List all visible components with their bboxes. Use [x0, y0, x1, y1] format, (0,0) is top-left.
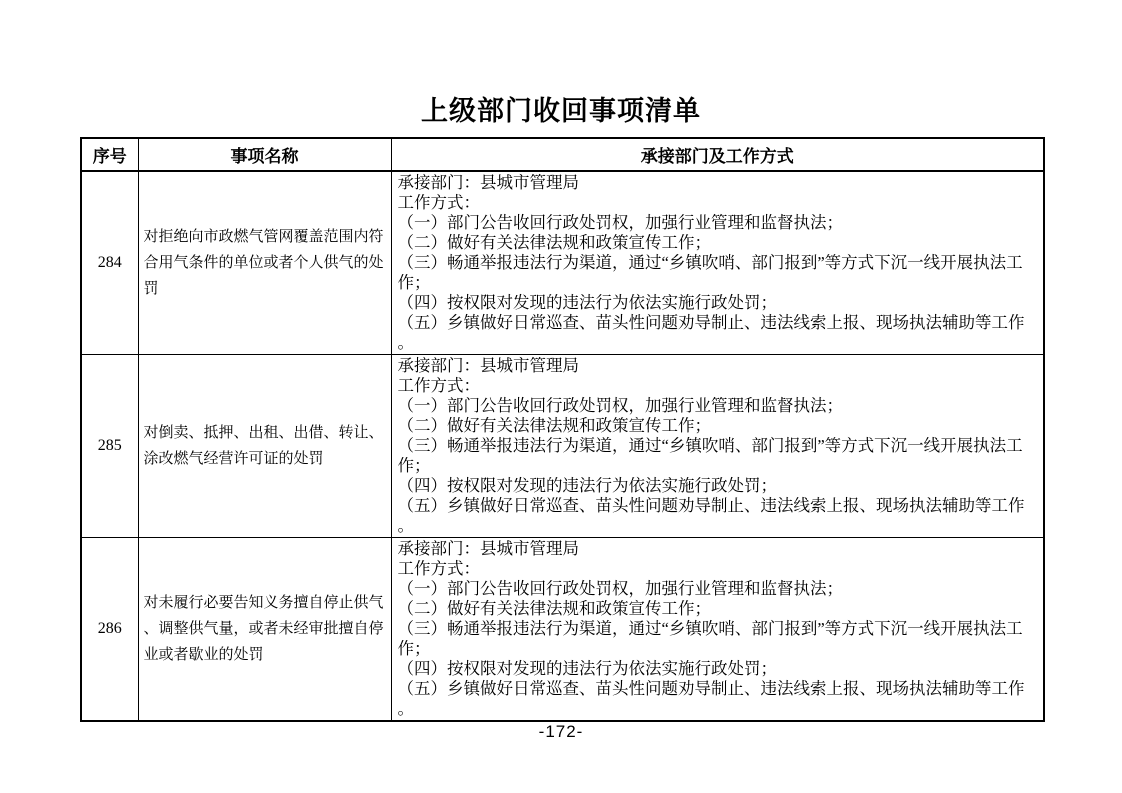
work-line: （五）乡镇做好日常巡查、苗头性问题劝导制止、违法线索上报、现场执法辅助等工作。 — [398, 679, 1040, 719]
table-row: 284 对拒绝向市政燃气管网覆盖范围内符合用气条件的单位或者个人供气的处罚 承接… — [81, 171, 1044, 355]
col-header-department-method: 承接部门及工作方式 — [391, 138, 1044, 171]
work-line: （二）做好有关法律法规和政策宣传工作； — [398, 233, 1040, 253]
work-line: （五）乡镇做好日常巡查、苗头性问题劝导制止、违法线索上报、现场执法辅助等工作。 — [398, 496, 1040, 536]
table-header-row: 序号 事项名称 承接部门及工作方式 — [81, 138, 1044, 171]
work-line: （一）部门公告收回行政处罚权，加强行业管理和监督执法； — [398, 213, 1040, 233]
work-line: 工作方式： — [398, 193, 1040, 213]
work-line: 承接部门：县城市管理局 — [398, 173, 1040, 193]
work-line: （二）做好有关法律法规和政策宣传工作； — [398, 599, 1040, 619]
work-method-cell: 承接部门：县城市管理局 工作方式： （一）部门公告收回行政处罚权，加强行业管理和… — [391, 171, 1044, 355]
table-row: 285 对倒卖、抵押、出租、出借、转让、涂改燃气经营许可证的处罚 承接部门：县城… — [81, 355, 1044, 538]
work-line: （三）畅通举报违法行为渠道，通过“乡镇吹哨、部门报到”等方式下沉一线开展执法工作… — [398, 253, 1040, 293]
items-table: 序号 事项名称 承接部门及工作方式 284 对拒绝向市政燃气管网覆盖范围内符合用… — [80, 137, 1045, 722]
work-line: （五）乡镇做好日常巡查、苗头性问题劝导制止、违法线索上报、现场执法辅助等工作。 — [398, 313, 1040, 353]
work-line: （一）部门公告收回行政处罚权，加强行业管理和监督执法； — [398, 579, 1040, 599]
table-row: 286 对未履行必要告知义务擅自停止供气、调整供气量，或者未经审批擅自停业或者歇… — [81, 538, 1044, 722]
work-line: （四）按权限对发现的违法行为依法实施行政处罚； — [398, 476, 1040, 496]
work-method-cell: 承接部门：县城市管理局 工作方式： （一）部门公告收回行政处罚权，加强行业管理和… — [391, 538, 1044, 722]
serial-cell: 286 — [81, 538, 138, 722]
col-header-serial: 序号 — [81, 138, 138, 171]
page-number: -172- — [0, 722, 1122, 742]
work-line: 承接部门：县城市管理局 — [398, 356, 1040, 376]
work-line: （三）畅通举报违法行为渠道，通过“乡镇吹哨、部门报到”等方式下沉一线开展执法工作… — [398, 619, 1040, 659]
work-line: （二）做好有关法律法规和政策宣传工作； — [398, 416, 1040, 436]
item-name-cell: 对未履行必要告知义务擅自停止供气、调整供气量，或者未经审批擅自停业或者歇业的处罚 — [138, 538, 391, 722]
work-line: 承接部门：县城市管理局 — [398, 539, 1040, 559]
work-line: （一）部门公告收回行政处罚权，加强行业管理和监督执法； — [398, 396, 1040, 416]
document-page: 上级部门收回事项清单 序号 事项名称 承接部门及工作方式 284 对拒绝向市政燃… — [0, 0, 1122, 793]
item-name-cell: 对倒卖、抵押、出租、出借、转让、涂改燃气经营许可证的处罚 — [138, 355, 391, 538]
work-line: 工作方式： — [398, 559, 1040, 579]
serial-cell: 284 — [81, 171, 138, 355]
work-line: （三）畅通举报违法行为渠道，通过“乡镇吹哨、部门报到”等方式下沉一线开展执法工作… — [398, 436, 1040, 476]
serial-cell: 285 — [81, 355, 138, 538]
work-line: 工作方式： — [398, 376, 1040, 396]
page-title: 上级部门收回事项清单 — [0, 95, 1122, 127]
work-line: （四）按权限对发现的违法行为依法实施行政处罚； — [398, 293, 1040, 313]
item-name-cell: 对拒绝向市政燃气管网覆盖范围内符合用气条件的单位或者个人供气的处罚 — [138, 171, 391, 355]
col-header-item-name: 事项名称 — [138, 138, 391, 171]
work-method-cell: 承接部门：县城市管理局 工作方式： （一）部门公告收回行政处罚权，加强行业管理和… — [391, 355, 1044, 538]
work-line: （四）按权限对发现的违法行为依法实施行政处罚； — [398, 659, 1040, 679]
